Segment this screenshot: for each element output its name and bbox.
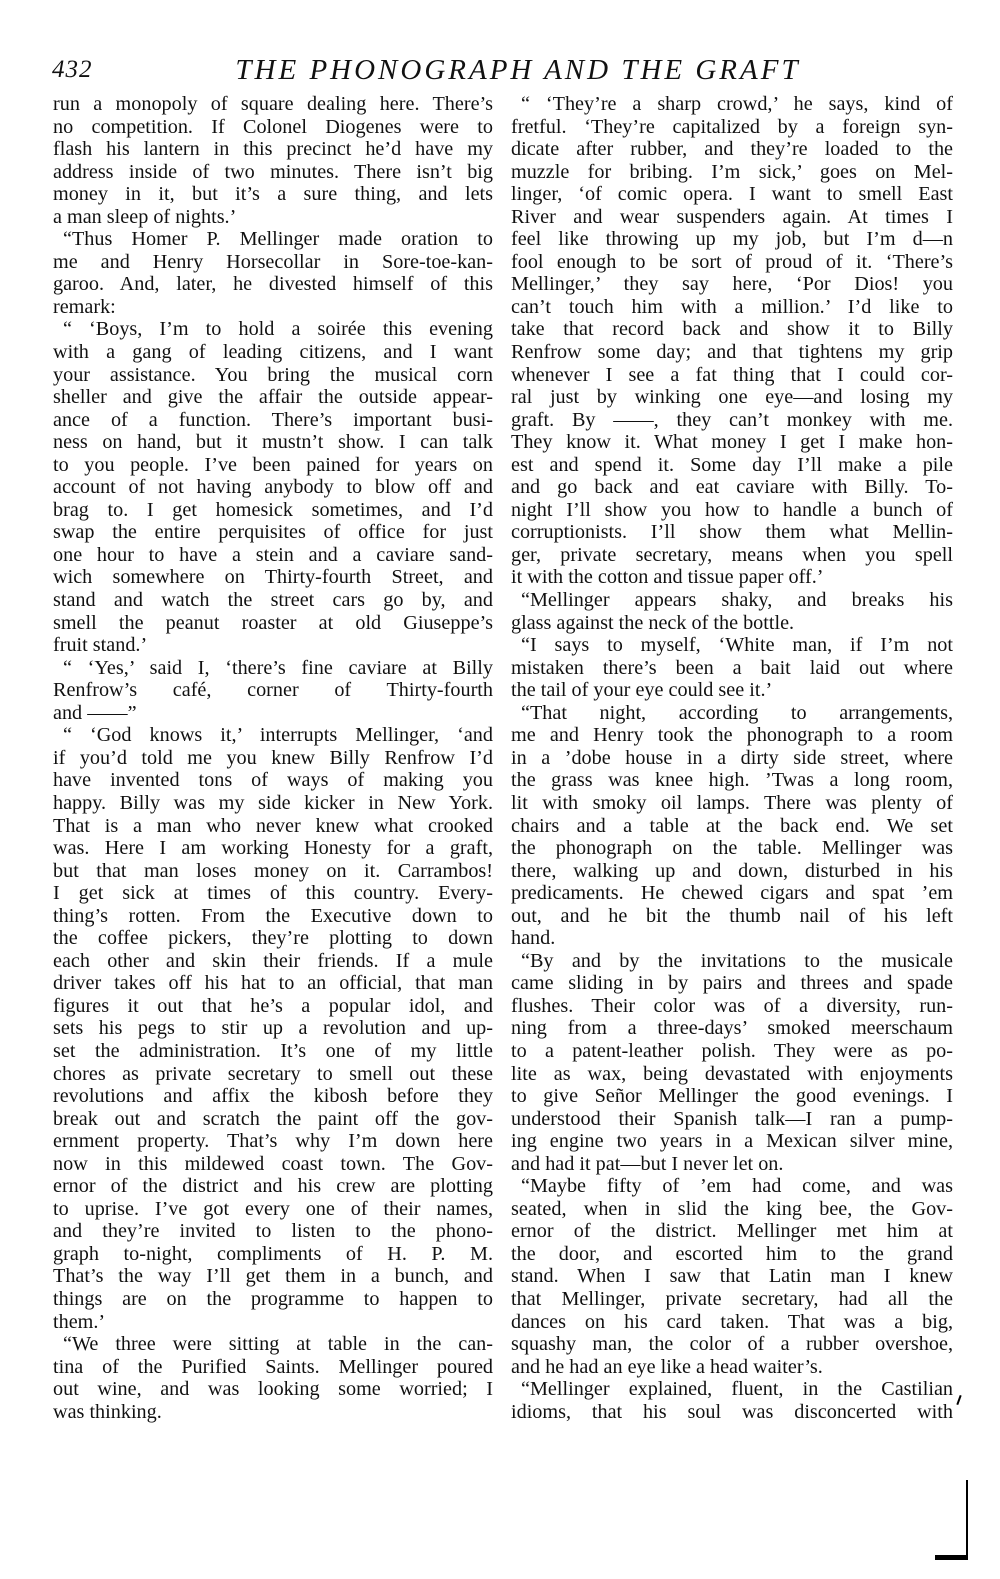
text-line: set the administration. It’s one of my l… bbox=[53, 1040, 493, 1063]
text-line: Renfrow’s café, corner of Thirty-fourth bbox=[53, 679, 493, 702]
text-line: thing’s rotten. From the Executive down … bbox=[53, 905, 493, 928]
text-line: it with the cotton and tissue paper off.… bbox=[511, 566, 953, 589]
text-line: “By and by the invitations to the musica… bbox=[511, 950, 953, 973]
text-line: ness on hand, but it mustn’t show. I can… bbox=[53, 431, 493, 454]
text-line: flash his lantern in this precinct he’d … bbox=[53, 138, 493, 161]
scan-artifact-edge bbox=[966, 1480, 968, 1560]
text-line: to give Señor Mellinger the good evening… bbox=[511, 1085, 953, 1108]
text-line: dances on his card taken. That was a big… bbox=[511, 1311, 953, 1334]
text-line: ernment property. That’s why I’m down he… bbox=[53, 1130, 493, 1153]
text-line: was thinking. bbox=[53, 1401, 493, 1424]
text-line: if you’d told me you knew Billy Renfrow … bbox=[53, 747, 493, 770]
text-line: happy. Billy was my side kicker in New Y… bbox=[53, 792, 493, 815]
text-line: but that man loses money on it. Carrambo… bbox=[53, 860, 493, 883]
text-line: the coffee pickers, they’re plotting to … bbox=[53, 927, 493, 950]
text-line: fretful. ‘They’re capitalized by a forei… bbox=[511, 116, 953, 139]
text-line: lite as wax, being devastated with enjoy… bbox=[511, 1063, 953, 1086]
text-line: Mellinger,’ they say here, ‘Por Dios! yo… bbox=[511, 273, 953, 296]
text-line: est and spend it. Some day I’ll make a p… bbox=[511, 454, 953, 477]
text-line: take that record back and show it to Bil… bbox=[511, 318, 953, 341]
text-line: muzzle for bribing. I’m sick,’ goes on M… bbox=[511, 161, 953, 184]
text-line: idioms, that his soul was disconcerted w… bbox=[511, 1401, 953, 1424]
text-line: fool enough to be sort of proud of it. ‘… bbox=[511, 251, 953, 274]
text-line: out, and he bit the thumb nail of his le… bbox=[511, 905, 953, 928]
left-text-column: run a monopoly of square dealing here. T… bbox=[53, 93, 493, 1423]
text-line: That’s the way I’ll get them in a bunch,… bbox=[53, 1265, 493, 1288]
text-line: “ ‘God knows it,’ interrupts Mellinger, … bbox=[53, 724, 493, 747]
text-line: hand. bbox=[511, 927, 953, 950]
text-line: “ ‘Yes,’ said I, ‘there’s fine caviare a… bbox=[53, 657, 493, 680]
text-line: stand. When I saw that Latin man I knew bbox=[511, 1265, 953, 1288]
text-line: with a gang of leading citizens, and I w… bbox=[53, 341, 493, 364]
text-line: “That night, according to arrangements, bbox=[511, 702, 953, 725]
text-line: chairs and a table at the back end. We s… bbox=[511, 815, 953, 838]
text-line: predicaments. He chewed cigars and spat … bbox=[511, 882, 953, 905]
text-line: squashy man, the color of a rubber overs… bbox=[511, 1333, 953, 1356]
text-line: “Maybe fifty of ’em had come, and was bbox=[511, 1175, 953, 1198]
text-line: me and Henry Horsecollar in Sore-toe-kan… bbox=[53, 251, 493, 274]
text-line: the tail of your eye could see it.’ bbox=[511, 679, 953, 702]
text-line: smell the peanut roaster at old Giuseppe… bbox=[53, 612, 493, 635]
text-line: graph to-night, compliments of H. P. M. bbox=[53, 1243, 493, 1266]
text-line: them.’ bbox=[53, 1311, 493, 1334]
text-line: was. Here I am working Honesty for a gra… bbox=[53, 837, 493, 860]
text-line: run a monopoly of square dealing here. T… bbox=[53, 93, 493, 116]
text-line: to you people. I’ve been pained for year… bbox=[53, 454, 493, 477]
text-line: the grass was knee high. ’Twas a long ro… bbox=[511, 769, 953, 792]
text-line: wich somewhere on Thirty-fourth Street, … bbox=[53, 566, 493, 589]
text-line: me and Henry took the phonograph to a ro… bbox=[511, 724, 953, 747]
text-line: I get sick at times of this country. Eve… bbox=[53, 882, 493, 905]
text-line: ning from a three-days’ smoked meerschau… bbox=[511, 1017, 953, 1040]
text-line: have invented tons of ways of making you bbox=[53, 769, 493, 792]
text-line: ernor of the district and his crew are p… bbox=[53, 1175, 493, 1198]
text-line: That is a man who never knew what crooke… bbox=[53, 815, 493, 838]
text-line: chores as private secretary to smell out… bbox=[53, 1063, 493, 1086]
text-line: They know it. What money I get I make ho… bbox=[511, 431, 953, 454]
text-line: things are on the programme to happen to bbox=[53, 1288, 493, 1311]
text-line: remark: bbox=[53, 296, 493, 319]
scan-artifact-mark bbox=[956, 1395, 961, 1405]
text-line: “Mellinger appears shaky, and breaks his bbox=[511, 589, 953, 612]
text-line: glass against the neck of the bottle. bbox=[511, 612, 953, 635]
text-line: now in this mildewed coast town. The Gov… bbox=[53, 1153, 493, 1176]
text-line: and they’re invited to listen to the pho… bbox=[53, 1220, 493, 1243]
text-line: garoo. And, later, he divested himself o… bbox=[53, 273, 493, 296]
text-line: understood their Spanish talk—I ran a pu… bbox=[511, 1108, 953, 1131]
text-line: to a patent-leather polish. They were as… bbox=[511, 1040, 953, 1063]
text-line: can’t touch him with a million.’ I’d lik… bbox=[511, 296, 953, 319]
text-line: “Thus Homer P. Mellinger made oration to bbox=[53, 228, 493, 251]
text-line: ger, private secretary, means when you s… bbox=[511, 544, 953, 567]
text-line: revolutions and affix the kibosh before … bbox=[53, 1085, 493, 1108]
text-line: break out and scratch the paint off the … bbox=[53, 1108, 493, 1131]
page-header: 432 THE PHONOGRAPH AND THE GRAFT bbox=[48, 56, 958, 90]
text-line: lit with smoky oil lamps. There was plen… bbox=[511, 792, 953, 815]
text-line: the door, and escorted him to the grand bbox=[511, 1243, 953, 1266]
text-line: ernor of the district. Mellinger met him… bbox=[511, 1220, 953, 1243]
scan-artifact-blot bbox=[935, 1555, 967, 1560]
text-line: River and wear suspenders again. At time… bbox=[511, 206, 953, 229]
text-line: linger, ‘of comic opera. I want to smell… bbox=[511, 183, 953, 206]
text-line: “We three were sitting at table in the c… bbox=[53, 1333, 493, 1356]
text-line: address inside of two minutes. There isn… bbox=[53, 161, 493, 184]
text-line: seated, when in slid the king bee, the G… bbox=[511, 1198, 953, 1221]
text-line: stand and watch the street cars go by, a… bbox=[53, 589, 493, 612]
text-line: tina of the Purified Saints. Mellinger p… bbox=[53, 1356, 493, 1379]
text-line: dicate after rubber, and they’re loaded … bbox=[511, 138, 953, 161]
text-line: there, walking up and down, disturbed in… bbox=[511, 860, 953, 883]
text-line: driver takes off his hat to an official,… bbox=[53, 972, 493, 995]
text-line: in a ’dobe house in a dirty side street,… bbox=[511, 747, 953, 770]
text-line: account of not having anybody to blow of… bbox=[53, 476, 493, 499]
text-line: figures it out that he’s a popular idol,… bbox=[53, 995, 493, 1018]
text-line: each other and skin their friends. If a … bbox=[53, 950, 493, 973]
text-line: one hour to have a stein and a caviare s… bbox=[53, 544, 493, 567]
text-line: a man sleep of nights.’ bbox=[53, 206, 493, 229]
text-line: your assistance. You bring the musical c… bbox=[53, 364, 493, 387]
text-line: the phonograph on the table. Mellinger w… bbox=[511, 837, 953, 860]
text-line: and had it pat—but I never let on. bbox=[511, 1153, 953, 1176]
text-line: and he had an eye like a head waiter’s. bbox=[511, 1356, 953, 1379]
text-line: money in it, but it’s a sure thing, and … bbox=[53, 183, 493, 206]
text-line: no competition. If Colonel Diogenes were… bbox=[53, 116, 493, 139]
text-line: feel like throwing up my job, but I’m d—… bbox=[511, 228, 953, 251]
text-line: “ ‘Boys, I’m to hold a soirée this eveni… bbox=[53, 318, 493, 341]
text-line: swap the entire perquisites of office fo… bbox=[53, 521, 493, 544]
text-line: Renfrow some day; and that tightens my g… bbox=[511, 341, 953, 364]
text-line: sets his pegs to stir up a revolution an… bbox=[53, 1017, 493, 1040]
text-line: “Mellinger explained, fluent, in the Cas… bbox=[511, 1378, 953, 1401]
text-line: to uprise. I’ve got every one of their n… bbox=[53, 1198, 493, 1221]
text-line: that Mellinger, private secretary, had a… bbox=[511, 1288, 953, 1311]
text-line: graft. By ——, they can’t monkey with me. bbox=[511, 409, 953, 432]
running-title: THE PHONOGRAPH AND THE GRAFT bbox=[48, 54, 958, 87]
text-line: out wine, and was looking some worried; … bbox=[53, 1378, 493, 1401]
right-text-column: “ ‘They’re a sharp crowd,’ he says, kind… bbox=[511, 93, 953, 1423]
text-line: ance of a function. There’s important bu… bbox=[53, 409, 493, 432]
text-line: sheller and give the affair the outside … bbox=[53, 386, 493, 409]
text-line: ing engine two years in a Mexican silver… bbox=[511, 1130, 953, 1153]
text-line: and ——” bbox=[53, 702, 493, 725]
text-line: corruptionists. I’ll show them what Mell… bbox=[511, 521, 953, 544]
text-line: ral just by winking one eye—and losing m… bbox=[511, 386, 953, 409]
text-line: fruit stand.’ bbox=[53, 634, 493, 657]
text-line: “ ‘They’re a sharp crowd,’ he says, kind… bbox=[511, 93, 953, 116]
text-line: “I says to myself, ‘White man, if I’m no… bbox=[511, 634, 953, 657]
text-line: mistaken there’s been a bait laid out wh… bbox=[511, 657, 953, 680]
text-line: whenever I see a fat thing that I could … bbox=[511, 364, 953, 387]
text-line: and go back and eat caviare with Billy. … bbox=[511, 476, 953, 499]
text-line: brag to. I get homesick sometimes, and I… bbox=[53, 499, 493, 522]
text-line: flushes. Their color was of a diversity,… bbox=[511, 995, 953, 1018]
text-line: night I’ll show you how to handle a bunc… bbox=[511, 499, 953, 522]
text-line: came sliding in by pairs and threes and … bbox=[511, 972, 953, 995]
